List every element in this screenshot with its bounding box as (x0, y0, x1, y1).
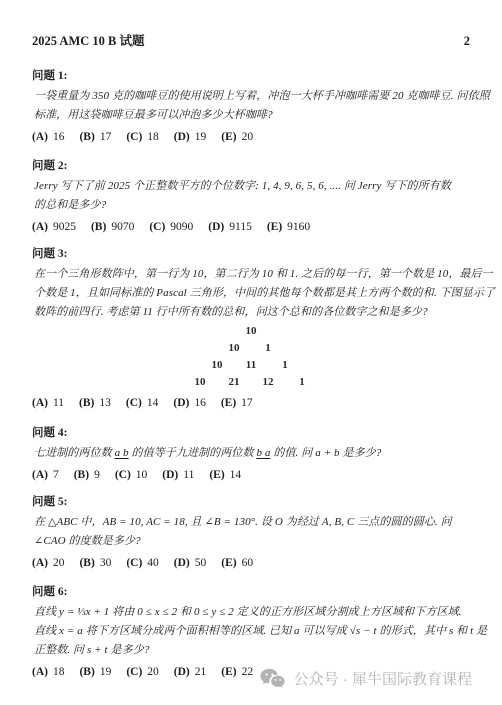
choice-value: 9115 (229, 221, 252, 233)
choice-value: 18 (53, 666, 65, 678)
problem-statement-line: 直线 y = ⅓x + 1 将由 0 ≤ x ≤ 2 和 0 ≤ y ≤ 2 定… (32, 603, 470, 622)
choice-letter: (B) (79, 666, 94, 678)
choice-b: (B)9 (74, 466, 100, 485)
problem-label: 问题 6: (32, 584, 470, 600)
triangle-number: 10 (183, 374, 217, 391)
triangle-number: 10 (217, 340, 251, 357)
choice-c: (C)14 (126, 394, 158, 413)
problem-label: 问题 5: (32, 494, 470, 510)
choice-letter: (C) (149, 221, 165, 233)
choice-letter: (D) (173, 397, 189, 409)
problem-statement-line: 一袋重量为 350 克的咖啡豆的使用说明上写着，冲泡一大杯手冲咖啡需要 20 克… (32, 87, 470, 106)
choice-c: (C)18 (126, 128, 158, 147)
choice-value: 7 (53, 469, 59, 481)
choice-value: 50 (195, 557, 207, 569)
triangle-number: 21 (217, 374, 251, 391)
problem-statement-line: 直线 x = a 将下方区域分成两个面积相等的区域. 已知 a 可以写成 √s … (32, 622, 470, 641)
choice-e: (E)9160 (267, 218, 310, 237)
choice-value: 20 (53, 557, 65, 569)
choice-value: 19 (195, 131, 207, 143)
triangle-number: 12 (251, 374, 285, 391)
statement-segment: 的值. 问 a + b 是多少? (271, 447, 382, 459)
choice-value: 19 (100, 666, 112, 678)
choice-letter: (B) (79, 131, 94, 143)
choice-e: (E)60 (221, 554, 253, 573)
triangle-row-2: 10 1 (32, 340, 470, 357)
choice-d: (D)21 (174, 663, 206, 682)
choice-value: 21 (195, 666, 207, 678)
choice-value: 20 (242, 131, 254, 143)
choice-letter: (A) (32, 469, 48, 481)
choice-value: 16 (194, 397, 206, 409)
exam-document-page: 2025 AMC 10 B 试题 2 问题 1: 一袋重量为 350 克的咖啡豆… (0, 0, 502, 705)
choice-value: 60 (242, 557, 254, 569)
problem-statement-line: 个数是 1，且如同标准的 Pascal 三角形，中间的其他每个数都是其上方两个数… (32, 284, 470, 303)
triangle-row-1: 10 (32, 323, 470, 340)
triangle-number: 10 (234, 323, 268, 340)
triangle-row-4: 10 21 12 1 (32, 374, 470, 391)
choice-letter: (B) (74, 469, 89, 481)
choice-letter: (D) (162, 469, 178, 481)
choice-e: (E)20 (221, 128, 253, 147)
wechat-icon (260, 668, 285, 689)
choice-a: (A)7 (32, 466, 59, 485)
choice-b: (B)19 (79, 663, 111, 682)
problem-statement-line: 在一个三角形数阵中，第一行为 10，第二行为 10 和 1. 之后的每一行，第一… (32, 265, 470, 284)
problem-statement-line: 的总和是多少? (32, 196, 470, 215)
answer-choices: (A)20 (B)30 (C)40 (D)50 (E)60 (32, 554, 470, 573)
choice-c: (C)10 (115, 466, 147, 485)
choice-value: 18 (147, 131, 159, 143)
triangle-number: 1 (285, 374, 319, 391)
choice-d: (D)19 (174, 128, 206, 147)
problem-label: 问题 4: (32, 425, 470, 441)
choice-value: 17 (241, 397, 253, 409)
choice-value: 16 (53, 131, 65, 143)
problem-label: 问题 2: (32, 158, 470, 174)
choice-letter: (A) (32, 397, 48, 409)
choice-value: 14 (147, 397, 159, 409)
choice-letter: (E) (209, 469, 224, 481)
problem-statement-line: ∠CAO 的度数是多少? (32, 532, 470, 551)
page-number: 2 (464, 33, 470, 49)
statement-segment: 七进制的两位数 (34, 447, 115, 459)
watermark-text: 公众号 · 犀牛国际教育课程 (294, 668, 472, 689)
choice-value: 30 (100, 557, 112, 569)
choice-value: 9090 (170, 221, 193, 233)
choice-letter: (E) (221, 557, 236, 569)
problem-label: 问题 1: (32, 68, 470, 84)
choice-letter: (A) (32, 557, 48, 569)
choice-value: 11 (53, 397, 64, 409)
choice-c: (C)20 (126, 663, 158, 682)
choice-a: (A)20 (32, 554, 64, 573)
watermark: 公众号 · 犀牛国际教育课程 (260, 668, 472, 689)
choice-letter: (B) (79, 557, 94, 569)
problem-5: 问题 5: 在 △ABC 中，AB = 10, AC = 18, 且 ∠B = … (32, 494, 470, 573)
choice-letter: (A) (32, 131, 48, 143)
underlined-digits-ba: b a (256, 447, 270, 459)
underlined-digits-ab: a b (115, 447, 129, 459)
choice-a: (A)18 (32, 663, 64, 682)
choice-letter: (E) (221, 131, 236, 143)
choice-b: (B)17 (79, 128, 111, 147)
choice-c: (C)40 (126, 554, 158, 573)
choice-c: (C)9090 (149, 218, 193, 237)
problem-2: 问题 2: Jerry 写下了前 2025 个正整数平方的个位数字: 1, 4,… (32, 158, 470, 237)
problem-statement-line: 正整数. 问 s + t 是多少? (32, 641, 470, 660)
choice-letter: (E) (267, 221, 282, 233)
choice-letter: (C) (126, 666, 142, 678)
choice-e: (E)22 (221, 663, 253, 682)
choice-letter: (C) (126, 557, 142, 569)
choice-letter: (D) (208, 221, 224, 233)
choice-a: (A)11 (32, 394, 64, 413)
choice-d: (D)11 (162, 466, 194, 485)
choice-value: 9 (94, 469, 100, 481)
problem-statement-line: 数阵的前四行. 考虑第 11 行中所有数的总和，问这个总和的各位数字之和是多少? (32, 303, 470, 322)
pascal-triangle-figure: 10 10 1 10 11 1 10 21 12 1 (32, 323, 470, 391)
choice-letter: (C) (115, 469, 131, 481)
choice-b: (B)30 (79, 554, 111, 573)
choice-value: 14 (230, 469, 242, 481)
choice-letter: (C) (126, 397, 142, 409)
choice-value: 9025 (53, 221, 76, 233)
problem-statement-line: 标准，用这袋咖啡豆最多可以冲泡多少大杯咖啡? (32, 106, 470, 125)
choice-letter: (A) (32, 221, 48, 233)
triangle-row-3: 10 11 1 (32, 357, 470, 374)
choice-letter: (C) (126, 131, 142, 143)
choice-value: 22 (242, 666, 254, 678)
choice-letter: (A) (32, 666, 48, 678)
triangle-number: 10 (200, 357, 234, 374)
choice-value: 17 (100, 131, 112, 143)
problem-3: 问题 3: 在一个三角形数阵中，第一行为 10，第二行为 10 和 1. 之后的… (32, 246, 470, 413)
problem-1: 问题 1: 一袋重量为 350 克的咖啡豆的使用说明上写着，冲泡一大杯手冲咖啡需… (32, 68, 470, 147)
choice-e: (E)17 (221, 394, 253, 413)
triangle-number: 1 (268, 357, 302, 374)
choice-value: 11 (183, 469, 194, 481)
problem-statement-line: Jerry 写下了前 2025 个正整数平方的个位数字: 1, 4, 9, 6,… (32, 177, 470, 196)
statement-segment: 的值等于九进制的两位数 (129, 447, 257, 459)
choice-d: (D)50 (174, 554, 206, 573)
triangle-number: 11 (234, 357, 268, 374)
problem-4: 问题 4: 七进制的两位数 a b 的值等于九进制的两位数 b a 的值. 问 … (32, 425, 470, 485)
choice-e: (E)14 (209, 466, 241, 485)
choice-value: 13 (99, 397, 111, 409)
choice-value: 9160 (287, 221, 310, 233)
answer-choices: (A)9025 (B)9070 (C)9090 (D)9115 (E)9160 (32, 218, 470, 237)
choice-letter: (D) (174, 131, 190, 143)
choice-letter: (D) (174, 666, 190, 678)
choice-letter: (E) (221, 397, 236, 409)
document-title: 2025 AMC 10 B 试题 (32, 33, 145, 49)
choice-value: 9070 (111, 221, 134, 233)
choice-value: 20 (147, 666, 159, 678)
answer-choices: (A)11 (B)13 (C)14 (D)16 (E)17 (32, 394, 470, 413)
choice-letter: (D) (174, 557, 190, 569)
choice-value: 10 (136, 469, 148, 481)
choice-letter: (B) (91, 221, 106, 233)
problem-statement-line: 七进制的两位数 a b 的值等于九进制的两位数 b a 的值. 问 a + b … (32, 444, 470, 463)
choice-value: 40 (147, 557, 159, 569)
problem-statement-line: 在 △ABC 中，AB = 10, AC = 18, 且 ∠B = 130°. … (32, 513, 470, 532)
choice-d: (D)16 (173, 394, 205, 413)
choice-d: (D)9115 (208, 218, 252, 237)
choice-b: (B)13 (79, 394, 111, 413)
choice-a: (A)9025 (32, 218, 76, 237)
choice-letter: (E) (221, 666, 236, 678)
triangle-number: 1 (251, 340, 285, 357)
page-header: 2025 AMC 10 B 试题 2 (32, 33, 470, 49)
choice-a: (A)16 (32, 128, 64, 147)
answer-choices: (A)7 (B)9 (C)10 (D)11 (E)14 (32, 466, 470, 485)
choice-letter: (B) (79, 397, 94, 409)
choice-b: (B)9070 (91, 218, 134, 237)
answer-choices: (A)16 (B)17 (C)18 (D)19 (E)20 (32, 128, 470, 147)
problem-label: 问题 3: (32, 246, 470, 262)
